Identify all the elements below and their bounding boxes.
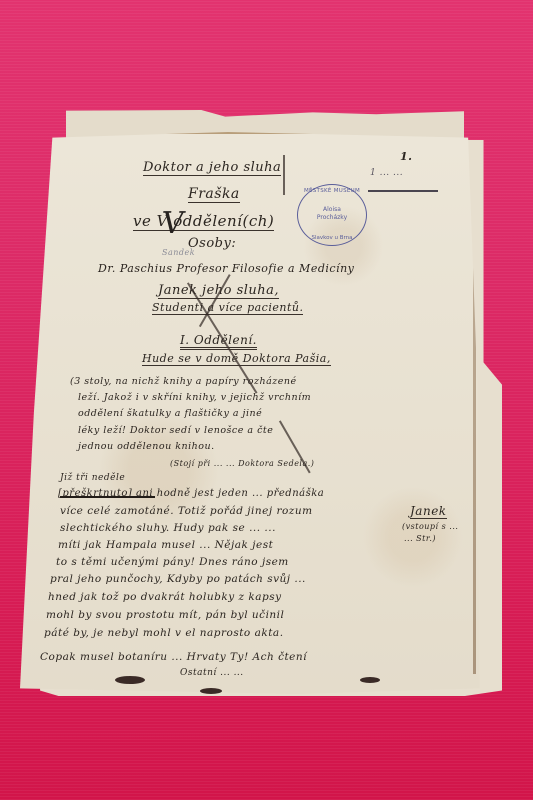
big-v-mark: V (160, 206, 187, 241)
burn-mark (200, 688, 222, 694)
body-line: hned jak tož po dvakrát holubky z kapsy (48, 591, 282, 603)
burn-mark (360, 677, 380, 683)
margin-note-text: (vstoupí s ... (402, 522, 458, 531)
heading-genre: Fraška (188, 186, 240, 203)
stage-direction-line: (3 stoly, na nichž knihy a papíry rozház… (70, 376, 297, 387)
body-line: Copak musel botaníru ... Hrvaty Ty! Ach … (40, 651, 307, 663)
body-line: Ostatní ... ... (180, 668, 244, 678)
cast-doctor: Dr. Paschius Profesor Filosofie a Medicí… (98, 262, 354, 275)
page-number: 1. (400, 150, 412, 163)
body-line: to s těmi učenými pány! Dnes ráno jsem (56, 556, 289, 568)
top-right-stroke (368, 190, 438, 192)
bracket-note: (Stojí při ... ... Doktora Sedela.) (170, 459, 314, 468)
body-line: pral jeho punčochy, Kdyby po patách svůj… (50, 573, 306, 585)
stage-direction-line: jednou oddělenou knihou. (78, 441, 215, 452)
body-line: páté by, je nebyl mohl v el naprosto akt… (44, 627, 284, 639)
act-title: I. Oddělení. (180, 333, 257, 350)
body-line: míti jak Hampala musel ... Nějak jest (58, 539, 273, 551)
body-line: slechtického sluhy. Hudy pak se ... ... (60, 522, 276, 534)
stamp-ring-bottom: Slavkov u Brna (298, 235, 366, 241)
stage-direction-line: leží. Jakož i v skříni knihy, v jejichž … (78, 392, 311, 403)
burn-mark (115, 676, 145, 684)
margin-note-text2: ... Str.) (404, 534, 436, 543)
body-line: Již tři neděle (60, 473, 125, 483)
heading-title: Doktor a jeho sluha (143, 160, 281, 176)
body-line: mohl by svou prostotu mít, pán byl učini… (46, 609, 284, 621)
stamp-ring-top: MĚSTSKÉ MUSEUM (298, 188, 366, 194)
heading-vertical-mark (283, 155, 285, 195)
museum-stamp: MĚSTSKÉ MUSEUM Aloisa Procházky Slavkov … (297, 184, 367, 246)
persons-label: Osoby: (188, 236, 236, 251)
stage-direction-line: oddělení škatulky a flaštičky a jiné (78, 408, 262, 419)
strikethrough-line (60, 496, 155, 498)
pencil-note: Sandek (162, 248, 195, 257)
stamp-line1: Aloisa (298, 206, 366, 213)
heading-parts: ve V oddělení(ch) (133, 212, 274, 231)
act-scene: Hude se v domě Doktora Pašia, (142, 352, 331, 366)
margin-note-name: Janek (410, 504, 447, 519)
top-right-note: 1 ... ... (370, 168, 403, 178)
body-line: více celé zamotáné. Totiž pořád jinej ro… (60, 505, 313, 517)
stage-direction-line: léky leží! Doktor sedí v lenošce a čte (78, 425, 273, 436)
cast-students: Studenti a více pacientů. (152, 301, 303, 315)
stamp-line2: Procházky (298, 214, 366, 221)
